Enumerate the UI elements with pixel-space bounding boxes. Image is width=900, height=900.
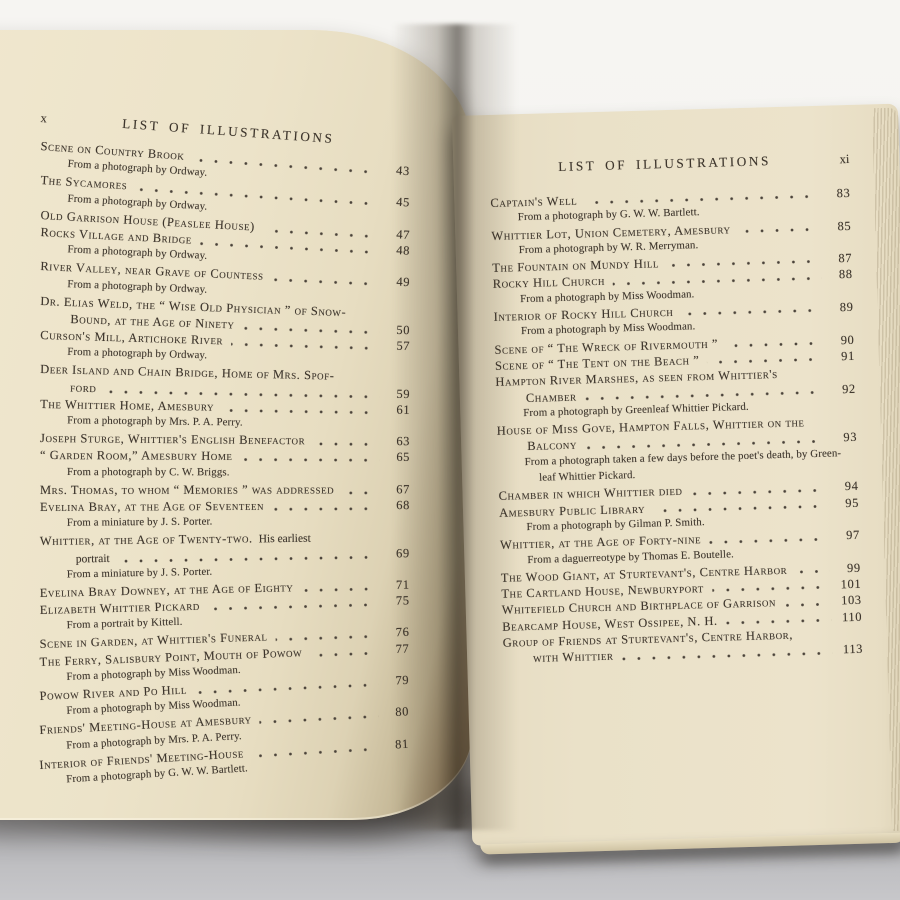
entry-page-number: 94 — [832, 479, 858, 495]
entry-row: Mrs. Thomas, to whom “ Memories ” was ad… — [40, 482, 410, 500]
entry-title: Chamber — [526, 389, 577, 405]
entry-page-number: 88 — [826, 267, 852, 283]
entry-title: Captain's Well — [490, 194, 577, 211]
entry-title: Balcony — [527, 438, 577, 454]
dot-leader — [726, 341, 824, 349]
entry-page-number: 93 — [831, 430, 857, 446]
entry-page-number: 49 — [384, 274, 411, 290]
entry-page-number: 59 — [384, 386, 410, 401]
right-page-content: LIST OF ILLUSTRATIONS xi Captain's Well8… — [489, 151, 863, 668]
dot-leader — [342, 490, 379, 495]
entry-page-number: 91 — [829, 349, 855, 365]
entry-page-number: 81 — [382, 736, 409, 752]
entry-page-number: 47 — [384, 226, 411, 242]
right-folio: xi — [839, 152, 849, 167]
right-page-header: LIST OF ILLUSTRATIONS xi — [489, 151, 849, 179]
entry-page-number: 57 — [384, 338, 410, 354]
dot-leader — [707, 357, 824, 365]
entry-title: The Whittier Home, Amesbury — [40, 397, 214, 415]
entry-title: Evelina Bray, at the Age of Seventeen — [40, 499, 264, 515]
entry-page-number: 80 — [383, 705, 410, 721]
dot-leader — [726, 618, 832, 626]
entry-title: with Whittier — [533, 649, 614, 666]
entry-title: Rocky Hill Church — [493, 274, 606, 292]
entry-title: Joseph Sturge, Whittier's English Benefa… — [40, 431, 305, 448]
entry-page-number: 48 — [384, 242, 411, 258]
dot-leader — [681, 308, 822, 317]
dot-leader — [275, 634, 378, 642]
entry-page-number: 71 — [384, 577, 410, 593]
dot-leader — [653, 504, 828, 514]
dot-leader — [240, 458, 379, 464]
dot-leader — [712, 585, 831, 593]
entry-page-number: 110 — [836, 609, 862, 625]
entry-page-number: 89 — [827, 300, 853, 316]
dot-leader — [739, 227, 821, 234]
dot-leader — [301, 586, 378, 593]
entry-title: Whittier, at the Age of Twenty-two. — [40, 532, 253, 550]
dot-leader — [709, 536, 829, 544]
entry-page-number: 85 — [825, 218, 851, 234]
entry-page-number: 77 — [383, 641, 410, 657]
entry-page-number: 79 — [383, 673, 410, 689]
entry-page-number: 97 — [834, 528, 860, 544]
entry-page-number: 68 — [384, 498, 410, 513]
entry-page-number: 113 — [837, 642, 863, 658]
entry-row: “ Garden Room,” Amesbury Home65 — [40, 448, 410, 467]
left-page-title: LIST OF ILLUSTRATIONS — [122, 116, 335, 147]
entry-page-number: 45 — [383, 194, 410, 211]
entry-page-number: 43 — [383, 162, 410, 179]
entry-page-number: 75 — [383, 593, 409, 609]
entry-page-number: 67 — [384, 482, 410, 497]
entry-page-number: 90 — [828, 333, 854, 349]
dot-leader — [621, 650, 832, 661]
entry-title: ford — [70, 380, 97, 396]
dot-leader — [118, 554, 379, 563]
entry-title-plain: portrait — [76, 552, 110, 565]
dot-leader — [667, 259, 821, 268]
dot-leader — [271, 278, 379, 288]
entry-page-number: 76 — [383, 625, 409, 641]
entry-page-number: 99 — [835, 561, 861, 577]
dot-leader — [272, 506, 379, 512]
dot-leader — [313, 442, 379, 448]
entry-page-number: 61 — [384, 402, 410, 417]
entry-page-number: 50 — [384, 322, 410, 338]
left-folio: x — [40, 111, 47, 126]
entry-title: “ Garden Room,” Amesbury Home — [40, 448, 232, 464]
entry-page-number: 92 — [830, 381, 856, 397]
dot-leader — [690, 487, 827, 496]
left-page-content: x LIST OF ILLUSTRATIONS Scene on Country… — [40, 110, 410, 792]
entry-page-number: 69 — [384, 546, 410, 561]
book-left-page: x LIST OF ILLUSTRATIONS Scene on Country… — [0, 30, 472, 820]
dot-leader — [784, 601, 831, 607]
entry-page-number: 83 — [824, 186, 850, 202]
entry-credit: From a photograph by C. W. Briggs. — [40, 466, 410, 484]
entry-page-number: 65 — [384, 450, 410, 465]
entry-page-number: 101 — [835, 577, 861, 593]
book-right-page: LIST OF ILLUSTRATIONS xi Captain's Well8… — [452, 104, 900, 846]
entry-page-number: 63 — [384, 434, 410, 449]
entry-title-plain: His earliest — [259, 533, 311, 546]
dot-leader — [222, 408, 379, 415]
right-page-title: LIST OF ILLUSTRATIONS — [558, 153, 771, 175]
entry-page-number: 87 — [826, 251, 852, 267]
entry-page-number: 95 — [833, 495, 859, 511]
dot-leader — [310, 650, 378, 658]
entry-title: Mrs. Thomas, to whom “ Memories ” was ad… — [40, 482, 334, 498]
entry-page-number: 103 — [835, 593, 861, 609]
dot-leader — [795, 569, 830, 575]
